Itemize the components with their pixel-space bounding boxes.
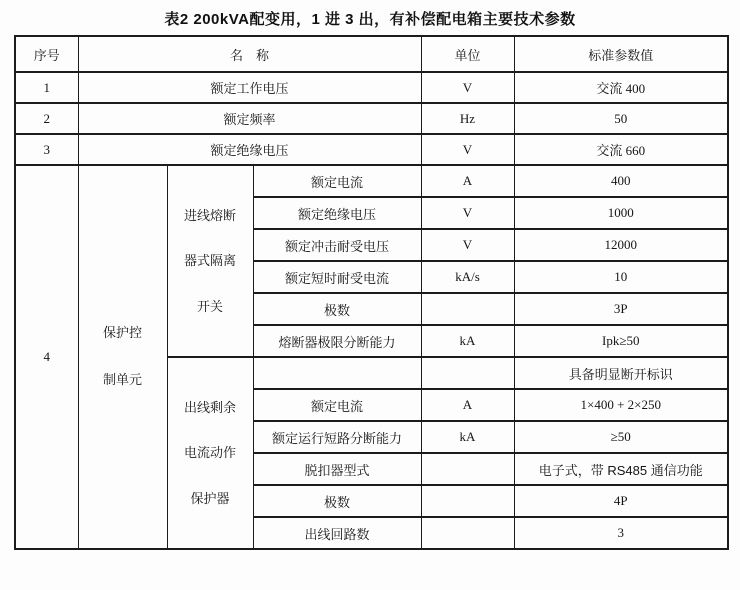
unit-cell: Hz xyxy=(421,103,514,134)
name-cell: 脱扣器型式 xyxy=(253,453,421,485)
header-row: 序号 名 称 单位 标准参数值 xyxy=(15,36,728,72)
unit-cell xyxy=(421,453,514,485)
row-number-cell: 3 xyxy=(15,134,78,165)
unit-cell: V xyxy=(421,134,514,165)
value-cell: ≥50 xyxy=(514,421,728,453)
value-cell: 10 xyxy=(514,261,728,293)
value-cell: 交流 660 xyxy=(514,134,728,165)
name-cell: 额定频率 xyxy=(78,103,421,134)
unit-cell: A xyxy=(421,165,514,197)
table-row: 4 保护控 制单元 进线熔断 器式隔离 开关 额定电流 A 400 xyxy=(15,165,728,197)
unit-cell xyxy=(421,293,514,325)
value-cell: 3 xyxy=(514,517,728,549)
name-cell: 额定运行短路分断能力 xyxy=(253,421,421,453)
parameters-table: 序号 名 称 单位 标准参数值 1 额定工作电压 V 交流 400 2 额定频率… xyxy=(14,35,729,550)
value-cell: 3P xyxy=(514,293,728,325)
name-cell: 额定冲击耐受电压 xyxy=(253,229,421,261)
value-cell: Ipk≥50 xyxy=(514,325,728,357)
value-cell: 400 xyxy=(514,165,728,197)
name-cell: 额定绝缘电压 xyxy=(78,134,421,165)
value-cell: 50 xyxy=(514,103,728,134)
name-cell: 熔断器极限分断能力 xyxy=(253,325,421,357)
name-cell: 额定绝缘电压 xyxy=(253,197,421,229)
header-value: 标准参数值 xyxy=(514,36,728,72)
value-cell: 1000 xyxy=(514,197,728,229)
name-cell: 极数 xyxy=(253,485,421,517)
value-cell: 电子式，带 RS485 通信功能 xyxy=(514,453,728,485)
row-number-cell: 2 xyxy=(15,103,78,134)
document-page: 表2 200kVA配变用，1 进 3 出，有补偿配电箱主要技术参数 序号 名 称… xyxy=(0,0,740,590)
unit-cell xyxy=(421,517,514,549)
unit-cell: A xyxy=(421,389,514,421)
unit-cell: kA xyxy=(421,421,514,453)
value-cell: 交流 400 xyxy=(514,72,728,103)
table-row: 3 额定绝缘电压 V 交流 660 xyxy=(15,134,728,165)
unit-cell: V xyxy=(421,197,514,229)
value-cell: 具备明显断开标识 xyxy=(514,357,728,389)
row-number-cell: 4 xyxy=(15,165,78,549)
value-cell: 12000 xyxy=(514,229,728,261)
row-number-cell: 1 xyxy=(15,72,78,103)
value-cell: 4P xyxy=(514,485,728,517)
table-row: 2 额定频率 Hz 50 xyxy=(15,103,728,134)
value-cell: 1×400 + 2×250 xyxy=(514,389,728,421)
name-cell: 出线回路数 xyxy=(253,517,421,549)
header-unit: 单位 xyxy=(421,36,514,72)
unit-cell: kA/s xyxy=(421,261,514,293)
unit-cell: kA xyxy=(421,325,514,357)
header-no: 序号 xyxy=(15,36,78,72)
group-label-cell: 进线熔断 器式隔离 开关 xyxy=(167,165,253,357)
name-cell: 额定工作电压 xyxy=(78,72,421,103)
unit-cell xyxy=(421,485,514,517)
name-cell: 额定电流 xyxy=(253,389,421,421)
category-cell: 保护控 制单元 xyxy=(78,165,167,549)
unit-cell xyxy=(421,357,514,389)
name-cell: 额定电流 xyxy=(253,165,421,197)
header-name: 名 称 xyxy=(78,36,421,72)
name-cell: 极数 xyxy=(253,293,421,325)
name-cell xyxy=(253,357,421,389)
unit-cell: V xyxy=(421,72,514,103)
table-title: 表2 200kVA配变用，1 进 3 出，有补偿配电箱主要技术参数 xyxy=(0,8,740,29)
unit-cell: V xyxy=(421,229,514,261)
table-row: 1 额定工作电压 V 交流 400 xyxy=(15,72,728,103)
group-label-cell: 出线剩余 电流动作 保护器 xyxy=(167,357,253,549)
name-cell: 额定短时耐受电流 xyxy=(253,261,421,293)
